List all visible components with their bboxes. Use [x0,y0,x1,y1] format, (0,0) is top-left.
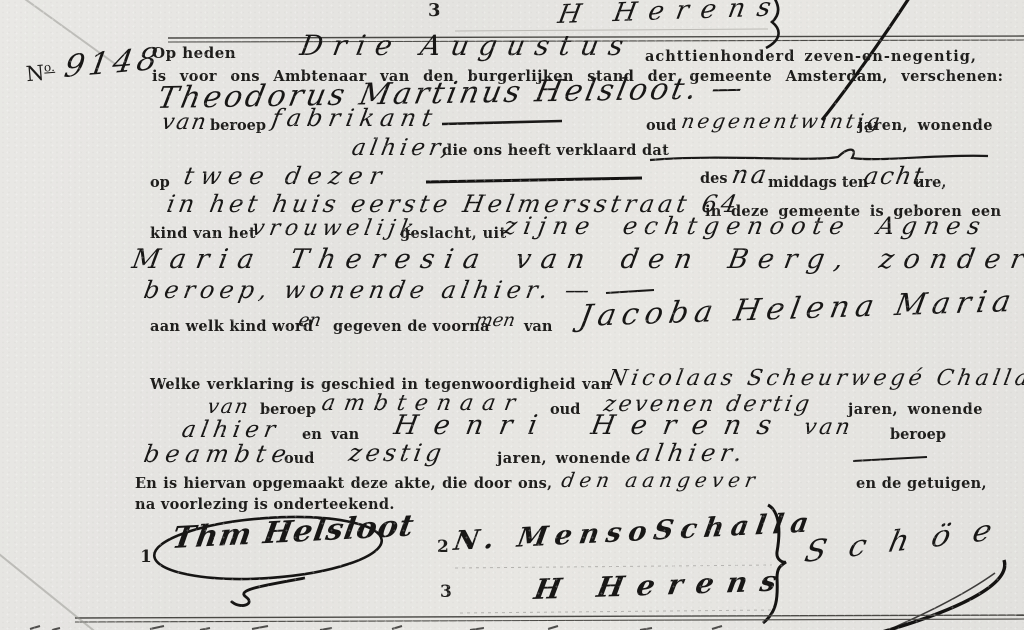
dash-mother [606,290,654,293]
prev-witness-index: 3 [428,2,441,20]
label-naming-1: aan welk kind word [150,320,313,335]
hw-witness2-name: Henri Herens [392,412,789,439]
label-des: des [700,172,728,187]
signature3-index: 3 [440,584,452,601]
signature2-index: 2 [437,539,449,556]
hw-witness1-name: Nicolaas Scheurwegé Challa [606,368,1024,390]
label-witness1-beroep: beroep [260,403,316,418]
hw-witness1-residence: alhier [180,419,282,442]
label-year: achttienhonderd zeven-en-negentig, [645,50,977,65]
label-naming-2: gegeven de voorna [333,320,490,335]
label-witness2-jaren: jaren, wonende [497,452,631,467]
hw-mother-line3: beroep, wonende alhier. — [142,278,596,302]
crease-bottom-left [0,550,98,630]
label-closing-1a: En is hiervan opgemaakt deze akte, die d… [135,477,552,492]
label-op-heden: Op heden [152,46,236,61]
label-kind-van-het: kind van het [150,227,256,242]
bottom-rule-2 [75,619,1024,622]
hw-birth-date: twee dezer [182,164,390,188]
hw-residence: alhier, [350,137,455,160]
signature1-squiggle [231,578,305,606]
signature3-witness2: H Herens [532,567,792,604]
label-geslacht-uit: geslacht, uit [400,227,507,242]
dash-witness2 [853,457,927,461]
hw-naming-insert2: men [474,312,517,330]
label-closing-2: na voorlezing is onderteekend. [135,498,395,513]
bottom-rule-1 [75,615,1024,618]
signature1-index: 1 [140,549,152,566]
flourish-verklaard [650,150,988,160]
registrar-flourish-tail [868,560,1005,630]
hw-profession: fabrikant [270,106,440,130]
label-ure: ure, [914,176,946,191]
hw-witness2-van: van [802,417,855,439]
hw-age: negenentwintig [680,111,884,131]
label-beroep: beroep [210,119,266,134]
hw-mother-line2: Maria Theresia van den Berg, zonder [130,246,1024,273]
prev-witness-signature: H Herens [556,0,785,28]
label-middags-ten: middags ten [768,176,868,191]
label-witness2-beroep: beroep [890,428,946,443]
hw-sex: vrouwelijk [250,218,420,240]
hw-child-name: Jacoba Helena Maria [577,287,1019,332]
record-number-label: No. [25,61,56,85]
label-jaren-wonende: jaren, wonende [858,119,993,134]
record-number-label-o: o. [43,60,55,75]
label-naming-3: van [524,320,552,335]
next-record-cut-text [30,626,722,630]
label-closing-1b: en de getuigen, [856,477,987,492]
label-verklaard-dat: die ons heeft verklaard dat [442,144,669,159]
hw-declarant-name: Theodorus Martinus Helsloot. — [155,74,748,114]
hw-date: Drie Augustus [298,32,635,60]
signature1-declarant: Thm Helsloot [170,512,416,554]
document-scan: 3 H Herens No. 9148 Op heden Drie August… [0,0,1024,630]
dash-profession [442,121,562,124]
hw-witness2-residence: alhier. [634,441,749,465]
hw-witness2-age: zestig [347,441,447,465]
hw-mother-line1: zijne echtgenoote Agnes [502,214,989,238]
label-witness2-oud: oud [284,452,314,467]
record-number: 9148 [62,44,164,83]
signature3-line [460,610,772,613]
hw-witness1-van: van [206,396,252,416]
label-op: op [150,176,170,191]
hw-witness2-profession: beambte [142,442,294,466]
hw-naming-insert1: en [297,312,322,330]
signature2-witness1: N. MensoSchalla [452,509,818,555]
hw-daypart: na [730,162,771,187]
hw-aangever: den aangever [560,470,761,490]
label-witness1-jaren: jaren, wonende [848,403,983,418]
signature-registrar: Schöe [802,514,1017,568]
hw-van: van [160,112,210,134]
label-oud: oud [646,119,676,134]
registrar-flourish-tail2 [884,573,995,630]
dash-birthdate [426,178,642,182]
